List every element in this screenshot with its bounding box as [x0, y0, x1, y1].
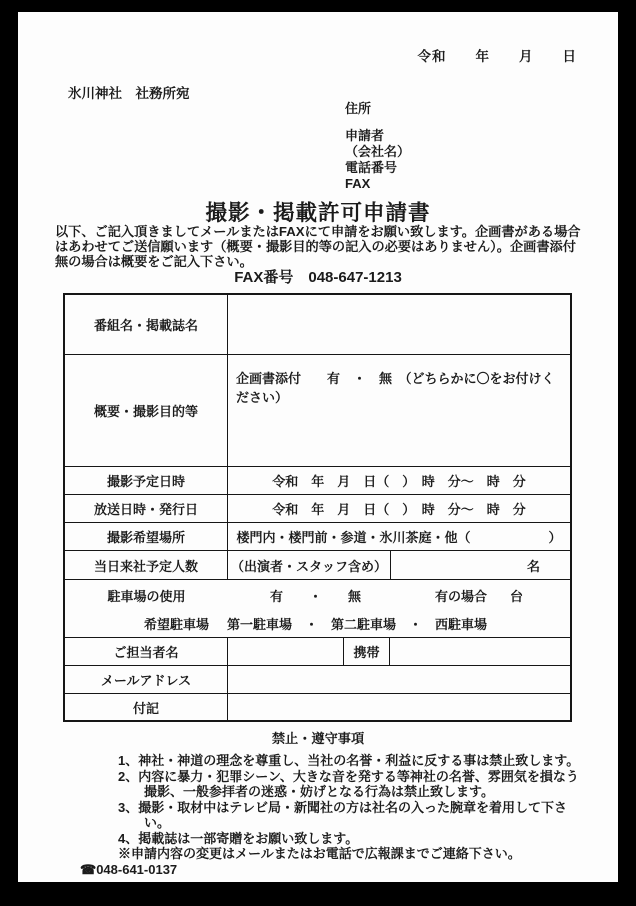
parking-if-yes-label: 有の場合	[435, 586, 487, 605]
table-row-location: 撮影希望場所 楼門内・楼門前・参道・氷川茶庭・他（ ）	[65, 522, 570, 550]
rule-item: 3、撮影・取材中はテレビ局・新聞社の方は社名の入った腕章を着用して下さい。	[118, 800, 590, 831]
rule-item: ※申請内容の変更はメールまたはお電話で広報課までご連絡下さい。	[118, 846, 590, 862]
rules-list: 1、神社・神道の理念を尊重し、当社の名誉・利益に反する事は禁止致します。 2、内…	[118, 753, 590, 862]
applicant-info-block: 住所 申請者 （会社名） 電話番号 FAX	[345, 101, 410, 192]
fax-number-line: FAX番号 048-647-1213	[18, 266, 618, 287]
shoot-date-label: 撮影予定日時	[65, 467, 228, 494]
table-row-people: 当日来社予定人数 （出演者・スタッフ含め） 名	[65, 550, 570, 579]
rule-item: 1、神社・神道の理念を尊重し、当社の名誉・利益に反する事は禁止致します。	[118, 753, 590, 769]
parking-label: 駐車場の使用	[65, 586, 228, 605]
mobile-label: 携帯	[344, 638, 390, 665]
applicant-fax-label: FAX	[345, 176, 410, 192]
rules-heading: 禁止・遵守事項	[18, 728, 618, 747]
table-row-notes: 付記	[65, 693, 570, 720]
people-note: （出演者・スタッフ含め）	[228, 551, 391, 579]
table-row-summary: 概要・撮影目的等 企画書添付 有 ・ 無 （どちらかに〇をお付けください）	[65, 354, 570, 466]
email-label: メールアドレス	[65, 666, 228, 693]
applicant-company-label: （会社名）	[345, 144, 410, 160]
application-table: 番組名・掲載誌名 概要・撮影目的等 企画書添付 有 ・ 無 （どちらかに〇をお付…	[63, 293, 572, 722]
notes-value-cell	[228, 694, 570, 720]
table-row-program: 番組名・掲載誌名	[65, 295, 570, 354]
parking-cell: 駐車場の使用 有 ・ 無 有の場合 台 希望駐車場 第一駐車場 ・ 第二駐車場 …	[65, 580, 570, 637]
rule-item: 4、掲載誌は一部寄贈をお願い致します。	[118, 831, 590, 847]
table-row-parking: 駐車場の使用 有 ・ 無 有の場合 台 希望駐車場 第一駐車場 ・ 第二駐車場 …	[65, 579, 570, 637]
applicant-address-label: 住所	[345, 101, 410, 117]
parking-options: 有 ・ 無	[270, 586, 361, 605]
table-row-contact: ご担当者名 携帯	[65, 637, 570, 665]
scanned-document-background: { "header": { "date_line": "令和 年 月 日", "…	[0, 0, 636, 906]
program-label: 番組名・掲載誌名	[65, 295, 228, 354]
notes-label: 付記	[65, 694, 228, 720]
broadcast-label: 放送日時・発行日	[65, 495, 228, 522]
table-row-email: メールアドレス	[65, 665, 570, 693]
table-row-shoot-date: 撮影予定日時 令和 年 月 日（ ） 時 分～ 時 分	[65, 466, 570, 494]
shoot-date-value: 令和 年 月 日（ ） 時 分～ 時 分	[228, 467, 570, 494]
applicant-phone-label: 電話番号	[345, 160, 410, 176]
table-row-broadcast-date: 放送日時・発行日 令和 年 月 日（ ） 時 分～ 時 分	[65, 494, 570, 522]
location-value: 楼門内・楼門前・参道・氷川茶庭・他（ ）	[228, 523, 570, 550]
addressee: 氷川神社 社務所宛	[68, 82, 190, 102]
contact-label: ご担当者名	[65, 638, 228, 665]
contact-name-cell	[228, 638, 344, 665]
intro-text: 以下、ご記入頂きましてメールまたはFAXにて申請をお願い致します。企画書がある場…	[55, 224, 585, 270]
mobile-number-cell	[390, 638, 570, 665]
applicant-name-label: 申請者	[345, 128, 410, 144]
summary-label: 概要・撮影目的等	[65, 355, 228, 466]
email-value-cell	[228, 666, 570, 693]
people-count-cell: 名	[391, 551, 570, 579]
contact-phone-line: ☎048-641-0137	[80, 862, 618, 878]
parking-preference-options: 第一駐車場 ・ 第二駐車場 ・ 西駐車場	[227, 614, 487, 633]
broadcast-value: 令和 年 月 日（ ） 時 分～ 時 分	[228, 495, 570, 522]
program-value-cell	[228, 295, 570, 354]
people-unit: 名	[527, 556, 540, 575]
summary-note: 企画書添付 有 ・ 無 （どちらかに〇をお付けください）	[228, 355, 570, 466]
people-label: 当日来社予定人数	[65, 551, 228, 579]
date-line: 令和 年 月 日	[418, 45, 578, 65]
page-title: 撮影・掲載許可申請書	[18, 196, 618, 227]
application-form-page: 令和 年 月 日 氷川神社 社務所宛 住所 申請者 （会社名） 電話番号 FAX…	[18, 12, 618, 882]
parking-preference-label: 希望駐車場	[65, 614, 209, 633]
parking-unit-label: 台	[510, 586, 523, 605]
rule-item: 2、内容に暴力・犯罪シーン、大きな音を発する等神社の名誉、雰囲気を損なう撮影、一…	[118, 769, 590, 800]
rules-section: 禁止・遵守事項 1、神社・神道の理念を尊重し、当社の名誉・利益に反する事は禁止致…	[18, 728, 618, 877]
location-label: 撮影希望場所	[65, 523, 228, 550]
